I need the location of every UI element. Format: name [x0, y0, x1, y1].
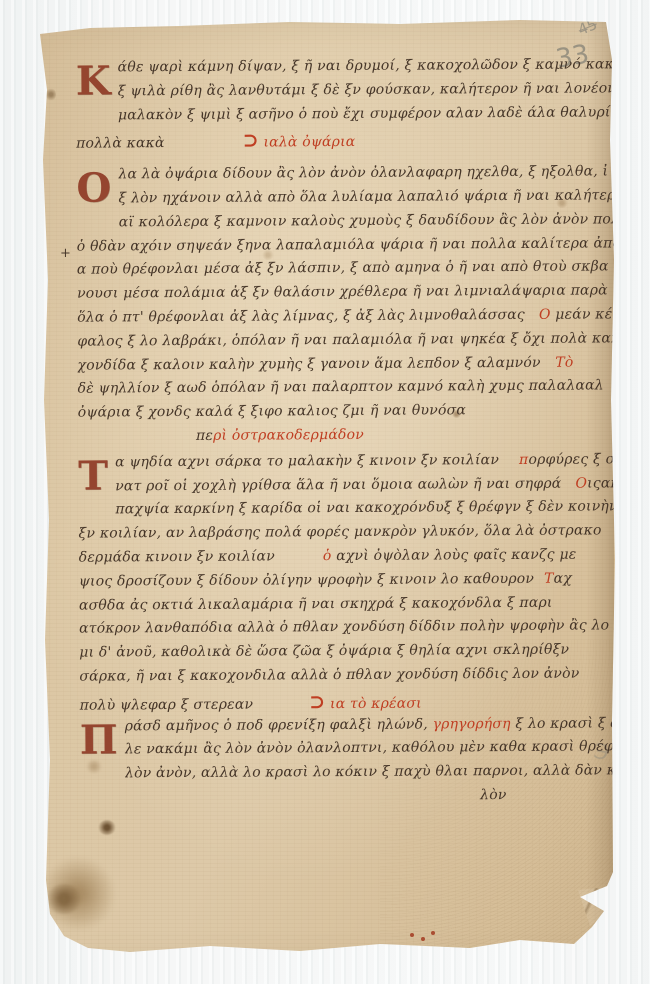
rubric-text: γρηγορήση: [432, 716, 510, 732]
ink-text: πε: [196, 428, 213, 444]
manuscript-line: δερμάδα κινοιν ξν κοιλίανὁ αχνὶ ὀψὸλαν λ…: [79, 546, 619, 573]
ink-text: ξ ψιλὰ ρίθη ἂς λανθυτάμι ξ δὲ ξν φούσκαν…: [118, 80, 616, 99]
ink-text: άθε ψαρὶ κάμνη δίψαν, ξ ῆ ναι δρυμοί, ξ …: [118, 56, 616, 75]
manuscript-line: νατ ροῖ οἱ χοχλὴ γρίθσα ἅλα ῆ ναι ὅμοια …: [115, 475, 618, 502]
spacer: [80, 799, 480, 801]
ink-text: μι δ' ἀνοῦ, καθολικὰ δὲ ὥσα ζῶα ξ ὀψάρια…: [79, 642, 569, 661]
rubric-text: Ο: [539, 307, 551, 323]
ink-text: μαλακὸν ξ ψιμὶ ξ ασῆνο ὁ ποὺ ἔχι συμφέρο…: [118, 104, 616, 123]
rubric-text: Τὸ: [555, 354, 573, 370]
manuscript-line: ψιος δροσίζουν ξ δίδουν ὀλίγην ψροφὴν ξ …: [79, 570, 619, 597]
manuscript-line: περὶ ὀστρακοδερμάδον: [78, 425, 618, 452]
ink-text: ξ λο κρασὶ ξ δίνα: [511, 715, 620, 732]
manuscript-line: λὸν: [80, 786, 620, 813]
ink-text: πολλὰ κακὰ: [76, 136, 165, 153]
paragraph: περὶ ὀστρακοδερμάδον: [78, 425, 618, 452]
ink-text: φαλος ξ λο λαβράκι, ὁπόλαν ῆ ναι παλαμιό…: [77, 330, 617, 349]
ink-text: αχνὶ ὀψὸλαν λοὺς φαῖς κανζς με: [331, 547, 576, 564]
manuscript-line: ὅλα ὁ πτ' θρέφονλαι ἀξ λὰς λίμνας, ξ ἀξ …: [77, 306, 617, 333]
ink-text: ξν κοιλίαν, αν λαβράσης πολά φορές μανκρ…: [78, 523, 601, 542]
manuscript-line: α ποὺ θρέφονλαι μέσα ἀξ ξν λάσπιν, ξ απὸ…: [77, 259, 617, 286]
manuscript-line: ξ ψιλὰ ρίθη ἂς λανθυτάμι ξ δὲ ξν φούσκαν…: [118, 80, 616, 107]
rubric-text: ια τὸ κρέασι: [325, 695, 422, 712]
ink-text: ασθδα ἀς οκτιά λικαλαμάρια ῆ ναι σκηχρά …: [79, 594, 553, 613]
manuscript-line: παχψία καρκίνη ξ καρίδα οἱ ναι κακοχρόνδ…: [115, 499, 618, 526]
ink-text: ιςακοῖ: [587, 475, 618, 491]
paragraph: Ολα λὰ ὀψάρια δίδουν ἂς λὸν ἀνὸν ὀλανλαφ…: [76, 164, 618, 429]
drop-cap-initial: Ο: [76, 168, 111, 215]
rubric-delta-mark: ⊃: [309, 691, 325, 713]
spacer: [78, 440, 196, 441]
drop-cap-initial: Π: [80, 719, 118, 766]
ink-text: δερμάδα κινοιν ξν κοιλίαν: [79, 548, 275, 565]
ink-text: λε νακάμι ἂς λὸν ἀνὸν ὀλανλοπτνι, καθόλο…: [125, 739, 620, 758]
red-ink-spot: [431, 931, 435, 935]
rubric-delta-mark: ⊃: [243, 130, 259, 152]
red-ink-spot: [421, 937, 425, 941]
manuscript-line: σάρκα, ῆ ναι ξ κακοχονδιλα αλλὰ ὁ πθλαν …: [79, 665, 619, 692]
drop-cap-initial: Τ: [78, 455, 108, 502]
manuscript-line: ὀψάρια ξ χονδς καλά ξ ξιφο καλιος ζμι ῆ …: [78, 402, 618, 429]
manuscript-line: πολὺ ψλεφαρ ξ στερεαν⊃ ια τὸ κρέασι: [79, 689, 619, 716]
ink-text: ὀψάρια ξ χονδς καλά ξ ξιφο καλιος ζμι ῆ …: [78, 402, 466, 420]
manuscript-line: λε νακάμι ἂς λὸν ἀνὸν ὀλανλοπτνι, καθόλο…: [125, 739, 620, 766]
ink-text: ὅλα ὁ πτ' θρέφονλαι ἀξ λὰς λίμνας, ξ ἀξ …: [77, 307, 525, 326]
stain: [46, 884, 82, 914]
scanner-background: 45 33 Э + Κάθε ψαρὶ κάμνη δίψαν, ξ ῆ ναι…: [0, 0, 650, 984]
ink-text: αϊ κολόλερα ξ καμνοιν καλοὺς χυμοὺς ξ δα…: [119, 211, 617, 230]
paragraph: Κάθε ψαρὶ κάμνη δίψαν, ξ ῆ ναι δρυμοί, ξ…: [76, 56, 617, 154]
manuscript-line: ράσδ αμῆνος ὁ ποδ φρενίξη φαλξὶ ηλώνδ, γ…: [125, 715, 620, 742]
manuscript-line: άθε ψαρὶ κάμνη δίψαν, ξ ῆ ναι δρυμοί, ξ …: [118, 56, 616, 83]
rubric-text: π: [519, 452, 529, 468]
rubric-text: Τ: [544, 570, 554, 586]
ink-text: ατόκρον λανθαπόδια αλλὰ ὁ πθλαν χονδύση …: [79, 618, 619, 637]
ink-text: λα λὰ ὀψάρια δίδουν ἂς λὸν ἀνὸν ὀλανλαφα…: [118, 164, 616, 183]
rubric-text: ιαλὰ ὀψάρια: [259, 134, 356, 151]
ink-text: α ψηδία αχνι σάρκα το μαλακὴν ξ κινοιν ξ…: [115, 452, 499, 470]
ink-text: νουσι μέσα πολάμια ἀξ ξν θαλάσιν χρέθλερ…: [77, 283, 608, 302]
manuscript-line: χονδίδα ξ καλοιν καλὴν χυμὴς ξ γανοιν ἅμ…: [77, 354, 617, 381]
margin-cross-mark: +: [60, 246, 71, 261]
manuscript-line: λα λὰ ὀψάρια δίδουν ἂς λὸν ἀνὸν ὀλανλαφα…: [118, 164, 616, 191]
manuscript-line: αϊ κολόλερα ξ καμνοιν καλοὺς χυμοὺς ξ δα…: [119, 211, 617, 238]
manuscript-page: 45 33 Э + Κάθε ψαρὶ κάμνη δίψαν, ξ ῆ ναι…: [0, 0, 650, 984]
red-ink-spot: [410, 933, 414, 937]
ink-text: λὸν ἀνὸν, αλλὰ λο κρασὶ λο κόκιν ξ παχὺ …: [125, 762, 620, 781]
ink-text: σάρκα, ῆ ναι ξ κακοχονδιλα αλλὰ ὁ πθλαν …: [79, 666, 579, 685]
paragraph: Τα ψηδία αχνι σάρκα το μαλακὴν ξ κινοιν …: [78, 451, 620, 716]
rubric-text: Ο: [575, 475, 587, 491]
stain: [46, 88, 56, 101]
ink-text: νατ ροῖ οἱ χοχλὴ γρίθσα ἅλα ῆ ναι ὅμοια …: [115, 475, 561, 494]
manuscript-line: ὁ θδὰν αχόιν σηψεάν ξηνα λαπαλαμιόλα ψάρ…: [77, 235, 617, 262]
ink-text: ορφύρες ξ σώλι: [528, 451, 618, 468]
manuscript-line: ατόκρον λανθαπόδια αλλὰ ὁ πθλαν χονδύση …: [79, 618, 619, 645]
ink-text: ψιος δροσίζουν ξ δίδουν ὀλίγην ψροφὴν ξ …: [79, 571, 534, 590]
manuscript-line: μι δ' ἀνοῦ, καθολικὰ δὲ ὥσα ζῶα ξ ὀψάρια…: [79, 641, 619, 668]
manuscript-line: ξ λὸν ηχάνοιν αλλὰ απὸ ὅλα λυλίαμα λαπαλ…: [118, 187, 616, 214]
manuscript-line: δὲ ψηλλίον ξ αωδ ὁπόλαν ῆ ναι παλαρπτον …: [78, 378, 618, 405]
ink-text: ὁ θδὰν αχόιν σηψεάν ξηνα λαπαλαμιόλα ψάρ…: [77, 235, 617, 254]
ink-text: ξ λὸν ηχάνοιν αλλὰ απὸ ὅλα λυλίαμα λαπαλ…: [118, 187, 616, 206]
ink-text: παχψία καρκίνη ξ καρίδα οἱ ναι κακοχρόνδ…: [115, 499, 617, 518]
ink-text: πολὺ ψλεφαρ ξ στερεαν: [80, 696, 254, 713]
manuscript-text-block: Κάθε ψαρὶ κάμνη δίψαν, ξ ῆ ναι δρυμοί, ξ…: [76, 56, 621, 839]
ink-text: μεάν κέ: [551, 306, 613, 322]
ink-text: ράσδ αμῆνος ὁ ποδ φρενίξη φαλξὶ ηλώνδ,: [125, 716, 433, 734]
manuscript-line: α ψηδία αχνι σάρκα το μαλακὴν ξ κινοιν ξ…: [115, 451, 618, 478]
ink-text: χονδίδα ξ καλοιν καλὴν χυμὴς ξ γανοιν ἅμ…: [77, 354, 545, 373]
manuscript-line: νουσι μέσα πολάμια ἀξ ξν θαλάσιν χρέθλερ…: [77, 283, 617, 310]
drop-cap-initial: Κ: [76, 60, 111, 107]
manuscript-line: ξν κοιλίαν, αν λαβράσης πολά φορές μανκρ…: [78, 522, 618, 549]
ink-text: δὲ ψηλλίον ξ αωδ ὁπόλαν ῆ ναι παλαρπτον …: [78, 378, 604, 397]
rubric-text: ρὶ ὀστρακοδερμάδον: [213, 427, 364, 444]
manuscript-line: πολλὰ κακὰ⊃ ιαλὰ ὀψάρια: [76, 128, 616, 155]
ink-text: αχ: [554, 570, 572, 586]
ink-text: α ποὺ θρέφονλαι μέσα ἀξ ξν λάσπιν, ξ απὸ…: [77, 259, 609, 278]
rubric-text: ὁ: [323, 548, 332, 564]
manuscript-line: ασθδα ἀς οκτιά λικαλαμάρια ῆ ναι σκηχρά …: [79, 594, 619, 621]
manuscript-line: φαλος ξ λο λαβράκι, ὁπόλαν ῆ ναι παλαμιό…: [77, 330, 617, 357]
manuscript-line: λὸν ἀνὸν, αλλὰ λο κρασὶ λο κόκιν ξ παχὺ …: [125, 762, 620, 789]
ink-text: λὸν: [480, 787, 507, 803]
manuscript-line: μαλακὸν ξ ψιμὶ ξ ασῆνο ὁ ποὺ ἔχι συμφέρο…: [118, 104, 616, 131]
paragraph: Πράσδ αμῆνος ὁ ποδ φρενίξη φαλξὶ ηλώνδ, …: [80, 715, 621, 813]
